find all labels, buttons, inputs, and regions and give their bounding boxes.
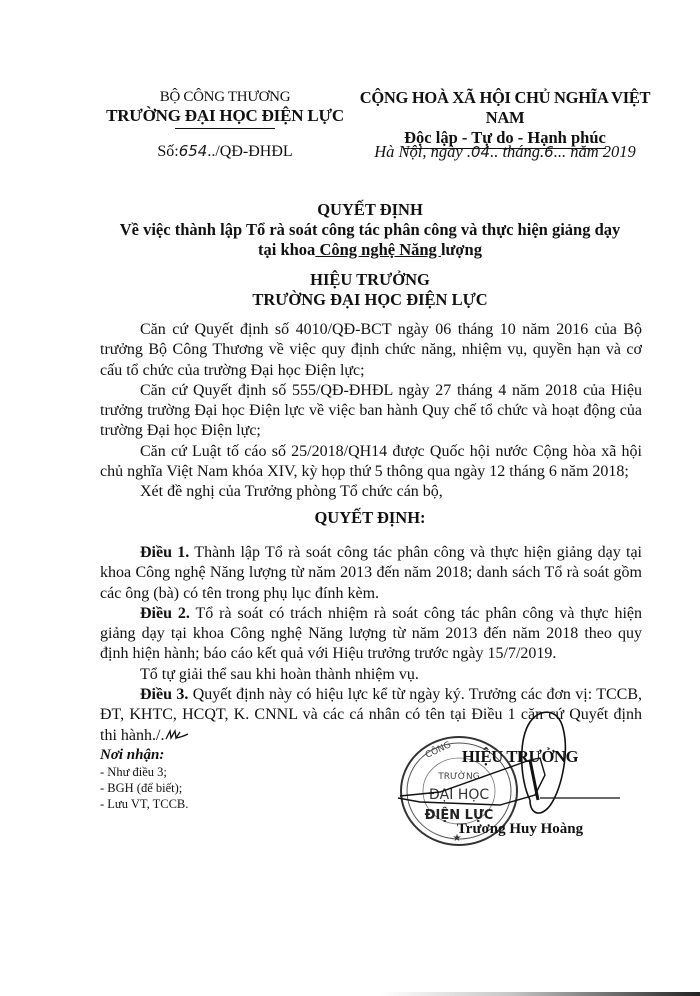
handwritten-day: 04 — [471, 143, 490, 161]
recipients-block: Nơi nhận: - Như điều 3; - BGH (để biết);… — [100, 746, 340, 812]
year-label: ... năm 2019 — [554, 142, 636, 161]
date-place: Hà Nội, ngày . — [374, 142, 471, 161]
recipient-item: - Lưu VT, TCCB. — [100, 796, 340, 812]
authority-institution: TRƯỜNG ĐẠI HỌC ĐIỆN LỰC — [60, 290, 680, 310]
decision-heading: QUYẾT ĐỊNH: — [60, 508, 680, 528]
national-header-block: CỘNG HOÀ XÃ HỘI CHỦ NGHĨA VIỆT NAM Độc l… — [355, 88, 655, 149]
month-label: .. tháng. — [490, 142, 544, 161]
initial-mark — [164, 729, 190, 743]
recipients-title: Nơi nhận: — [100, 746, 340, 764]
handwritten-number: 654 — [179, 142, 208, 160]
preamble-paragraph: Căn cứ Luật tố cáo số 25/2018/QH14 được … — [100, 442, 642, 483]
document-subject-line1: Về việc thành lập Tổ rà soát công tác ph… — [60, 220, 680, 240]
document-title-block: QUYẾT ĐỊNH Về việc thành lập Tổ rà soát … — [60, 200, 680, 260]
document-title: QUYẾT ĐỊNH — [60, 200, 680, 220]
preamble-paragraph: Căn cứ Quyết định số 555/QĐ-ĐHĐL ngày 27… — [100, 381, 642, 442]
header-left-rule — [175, 128, 275, 129]
school-name: TRƯỜNG ĐẠI HỌC ĐIỆN LỰC — [100, 106, 350, 126]
recipient-item: - Như điều 3; — [100, 764, 340, 780]
recipient-item: - BGH (để biết); — [100, 780, 340, 796]
preamble: Căn cứ Quyết định số 4010/QĐ-BCT ngày 06… — [100, 320, 642, 503]
signing-authority-heading: HIỆU TRƯỞNG TRƯỜNG ĐẠI HỌC ĐIỆN LỰC — [60, 270, 680, 310]
article-1: Điều 1. Thành lập Tổ rà soát công tác ph… — [100, 543, 642, 604]
date-line: Hà Nội, ngày .04.. tháng.6... năm 2019 — [355, 142, 655, 162]
number-prefix: Số: — [157, 143, 178, 160]
preamble-paragraph: Xét đề nghị của Trưởng phòng Tổ chức cán… — [100, 482, 642, 502]
authority-title: HIỆU TRƯỞNG — [60, 270, 680, 290]
ministry-name: BỘ CÔNG THƯƠNG — [100, 88, 350, 106]
number-suffix: ../QĐ-ĐHĐL — [207, 143, 292, 160]
scan-edge-artifact — [380, 992, 700, 996]
issuing-authority-block: BỘ CÔNG THƯƠNG TRƯỜNG ĐẠI HỌC ĐIỆN LỰC — [100, 88, 350, 129]
preamble-paragraph: Căn cứ Quyết định số 4010/QĐ-BCT ngày 06… — [100, 320, 642, 381]
document-subject-line2: tại khoa Công nghệ Năng lượng — [60, 240, 680, 260]
document-number: Số:654../QĐ-ĐHĐL — [100, 142, 350, 161]
article-2-note: Tổ tự giải thể sau khi hoàn thành nhiệm … — [100, 665, 642, 685]
handwritten-signature-icon — [380, 700, 620, 840]
subject-underlined-part: Công nghệ Năng — [315, 240, 441, 259]
nation-name: CỘNG HOÀ XÃ HỘI CHỦ NGHĨA VIỆT NAM — [355, 88, 655, 128]
article-2: Điều 2. Tổ rà soát có trách nhiệm rà soá… — [100, 604, 642, 665]
handwritten-month: 6 — [544, 143, 554, 161]
